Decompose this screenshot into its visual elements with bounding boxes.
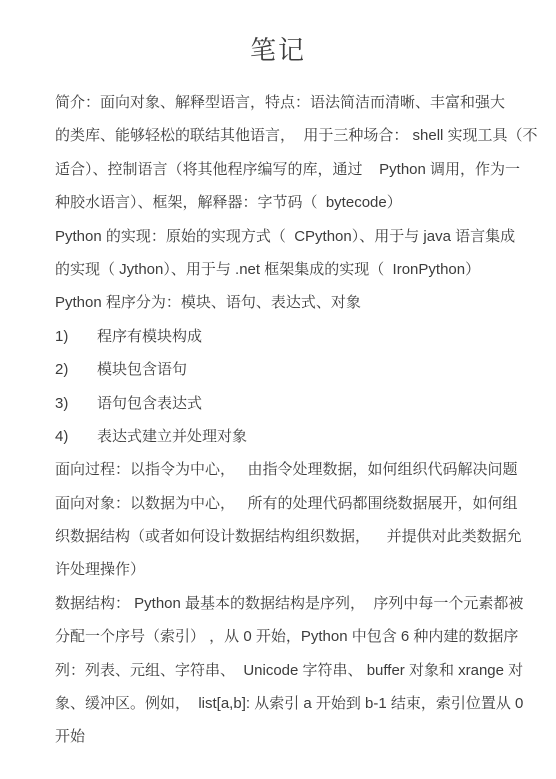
text-line: 象、缓冲区。例如， list[a,b]: 从索引 a 开始到 b-1 结束，索引… xyxy=(55,687,525,720)
text-line: 面向对象：以数据为中心， 所有的处理代码都围绕数据展开，如何组 xyxy=(55,487,525,520)
text-line: 的类库、能够轻松的联结其他语言， 用于三种场合： shell 实现工具（不 xyxy=(55,119,525,152)
text-line: 种胶水语言）、框架，解释器：字节码（ bytecode） xyxy=(55,186,525,219)
list-item-text: 程序有模块构成 xyxy=(97,328,202,345)
text-line: 简介：面向对象、解释型语言，特点：语法简洁而清晰、丰富和强大 xyxy=(55,86,525,119)
text-line: 织数据结构（或者如何设计数据结构组织数据， 并提供对此类数据允 xyxy=(55,520,525,553)
text-line: 列：列表、元组、字符串、 Unicode 字符串、 buffer 对象和 xra… xyxy=(55,654,525,687)
list-item-text: 语句包含表达式 xyxy=(97,395,202,412)
list-item-text: 表达式建立并处理对象 xyxy=(97,428,247,445)
text-line: 的实现（ Jython）、用于与 .net 框架集成的实现（ IronPytho… xyxy=(55,253,525,286)
text-line: 开始 xyxy=(55,720,525,753)
text-line: 分配一个序号（索引） ，从 0 开始，Python 中包含 6 种内建的数据序 xyxy=(55,620,525,653)
text-line: 数据结构： Python 最基本的数据结构是序列， 序列中每一个元素都被 xyxy=(55,587,525,620)
list-number: 4) xyxy=(55,420,97,453)
list-item-text: 模块包含语句 xyxy=(97,361,187,378)
text-line: 面向过程：以指令为中心， 由指令处理数据，如何组织代码解决问题 xyxy=(55,453,525,486)
text-line: Python 程序分为：模块、语句、表达式、对象 xyxy=(55,286,525,319)
document-page: 笔记 简介：面向对象、解释型语言，特点：语法简洁而清晰、丰富和强大的类库、能够轻… xyxy=(0,0,556,779)
list-number: 3) xyxy=(55,387,97,420)
list-item-line: 1)程序有模块构成 xyxy=(55,320,525,353)
document-title: 笔记 xyxy=(0,33,556,67)
list-number: 1) xyxy=(55,320,97,353)
text-line: 许处理操作） xyxy=(55,553,525,586)
list-item-line: 3)语句包含表达式 xyxy=(55,387,525,420)
list-number: 2) xyxy=(55,353,97,386)
list-item-line: 4)表达式建立并处理对象 xyxy=(55,420,525,453)
document-body: 简介：面向对象、解释型语言，特点：语法简洁而清晰、丰富和强大的类库、能够轻松的联… xyxy=(55,86,525,754)
list-item-line: 2)模块包含语句 xyxy=(55,353,525,386)
text-line: 适合）、控制语言（将其他程序编写的库，通过 Python 调用，作为一 xyxy=(55,153,525,186)
text-line: Python 的实现：原始的实现方式（ CPython）、用于与 java 语言… xyxy=(55,220,525,253)
